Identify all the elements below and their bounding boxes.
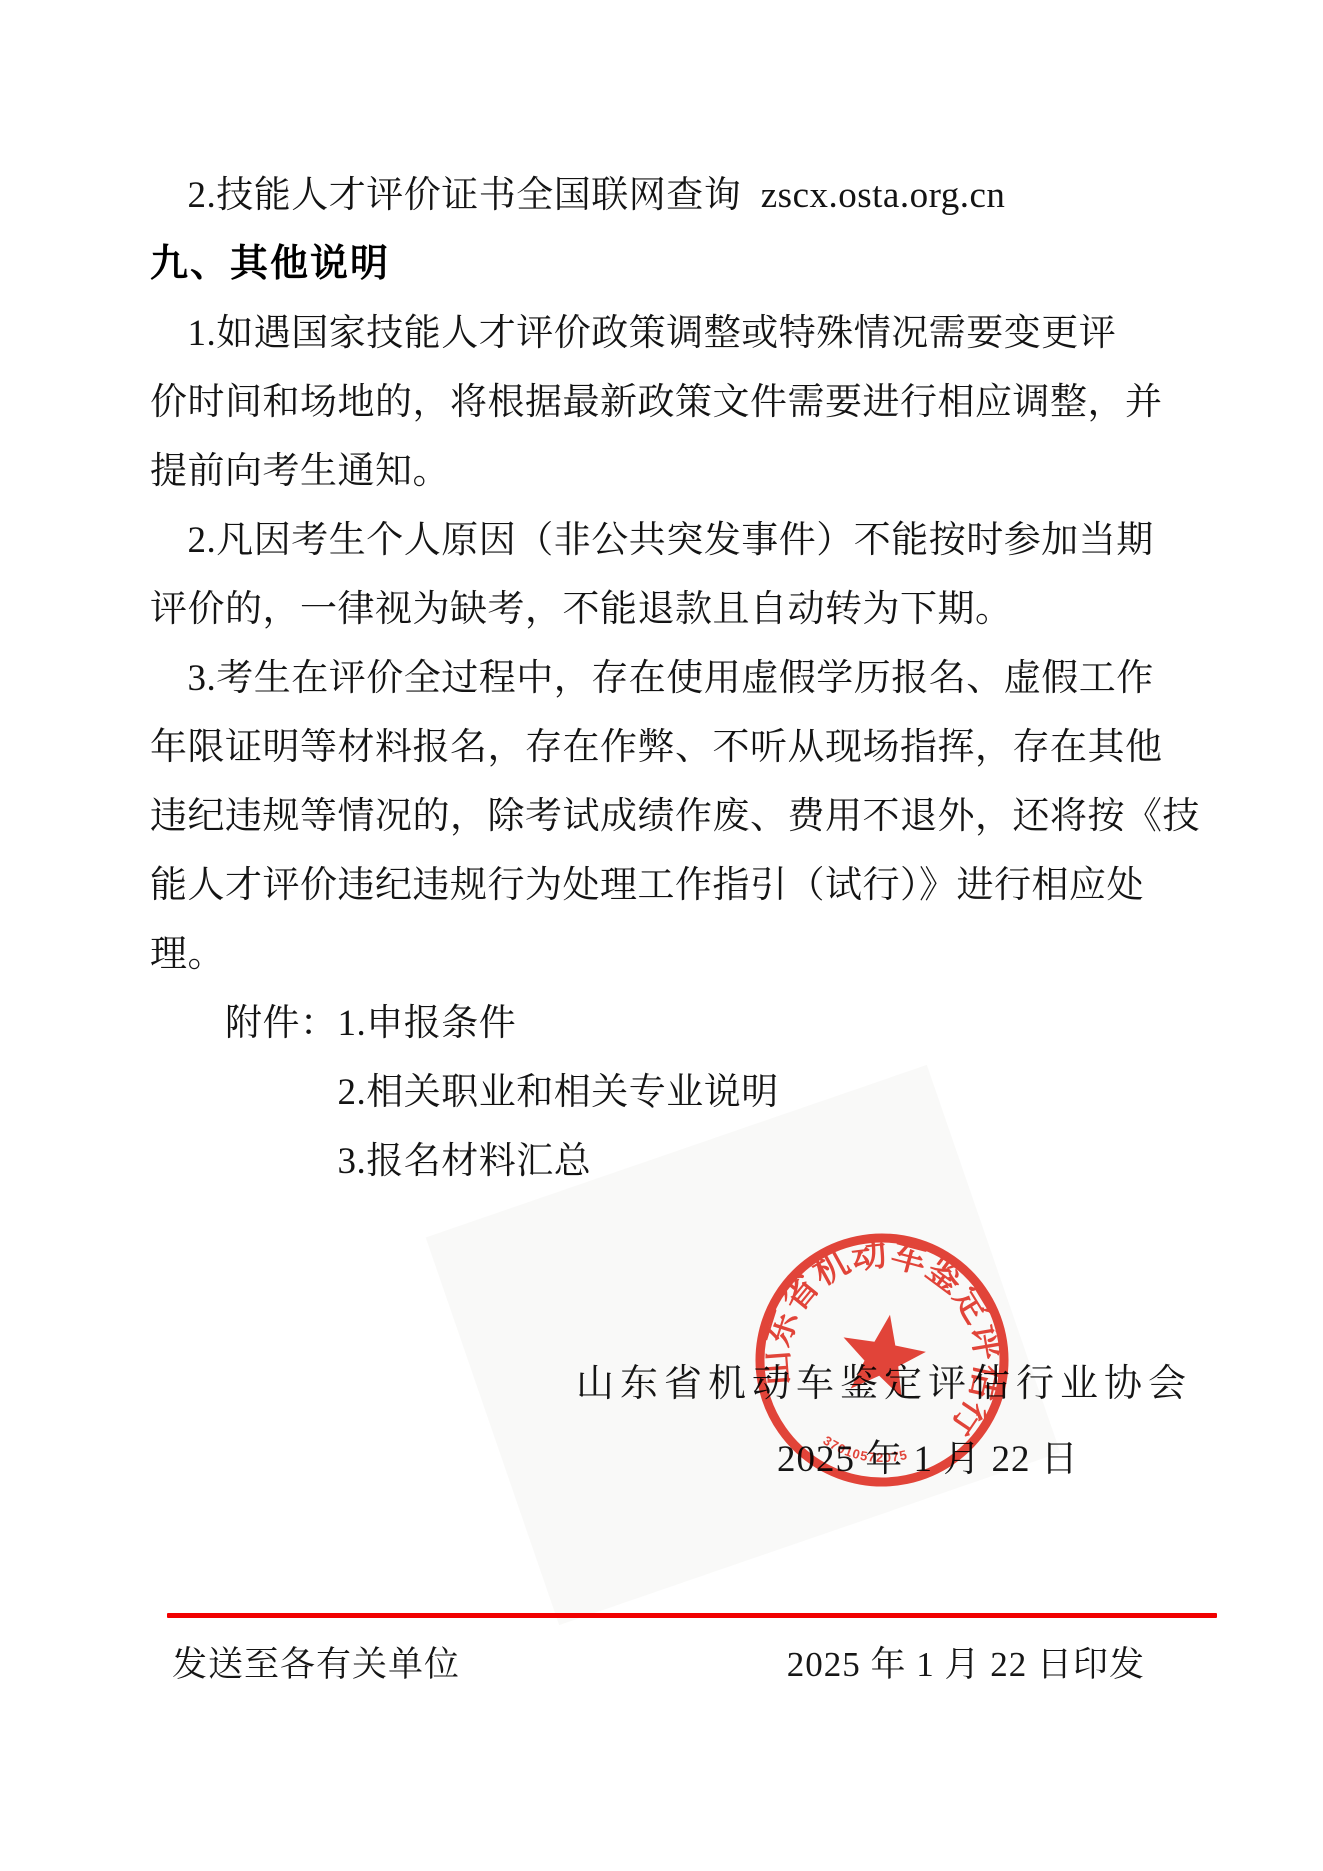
text-line: 2.技能人才评价证书全国联网查询 zscx.osta.org.cn (150, 161, 1195, 230)
footer-distribution: 发送至各有关单位 (172, 1637, 460, 1687)
text-line: 附件：1.申报条件 (150, 989, 1195, 1058)
footer-red-rule (167, 1613, 1217, 1618)
footer-print-date: 2025 年 1 月 22 日印发 (787, 1637, 1145, 1687)
text-line: 九、其他说明 (150, 230, 1195, 299)
official-seal-icon: 山东省机动车鉴定评估行业协会 370105720751 (742, 1208, 1022, 1508)
svg-text:山东省机动车鉴定评估行业协会: 山东省机动车鉴定评估行业协会 (742, 1208, 1022, 1448)
text-line: 能人才评价违纪违规行为处理工作指引（试行）》进行相应处 (150, 851, 1195, 920)
seal-group: 山东省机动车鉴定评估行业协会 370105720751 (742, 1208, 1022, 1502)
document-lines: 2.技能人才评价证书全国联网查询 zscx.osta.org.cn九、其他说明 … (150, 161, 1195, 1196)
document-page: 2.技能人才评价证书全国联网查询 zscx.osta.org.cn九、其他说明 … (0, 0, 1323, 1871)
text-line: 理。 (150, 920, 1195, 989)
text-line: 2.凡因考生个人原因（非公共突发事件）不能按时参加当期 (150, 506, 1195, 575)
text-line: 2.相关职业和相关专业说明 (150, 1058, 1195, 1127)
text-line: 违纪违规等情况的，除考试成绩作废、费用不退外，还将按《技 (150, 782, 1195, 851)
text-line: 3.考生在评价全过程中，存在使用虚假学历报名、虚假工作 (150, 644, 1195, 713)
star-icon (835, 1307, 931, 1400)
seal-curved-text: 山东省机动车鉴定评估行业协会 (742, 1208, 1022, 1448)
text-line: 1.如遇国家技能人才评价政策调整或特殊情况需要变更评 (150, 299, 1195, 368)
text-line: 评价的，一律视为缺考，不能退款且自动转为下期。 (150, 575, 1195, 644)
text-line: 年限证明等材料报名，存在作弊、不听从现场指挥，存在其他 (150, 713, 1195, 782)
text-line: 提前向考生通知。 (150, 437, 1195, 506)
text-line: 价时间和场地的，将根据最新政策文件需要进行相应调整，并 (150, 368, 1195, 437)
